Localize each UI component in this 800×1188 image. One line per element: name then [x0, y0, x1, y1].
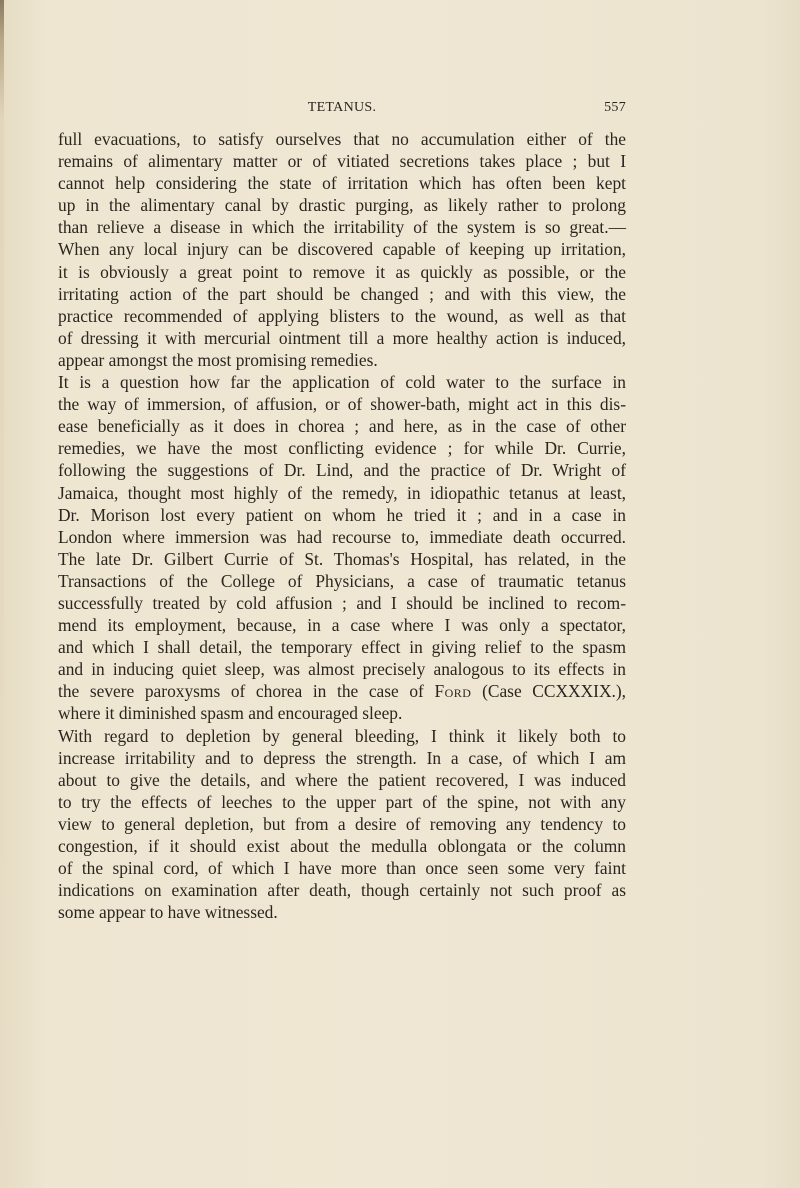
text-line: practice recommended of applying blister… [58, 305, 626, 327]
text-line: irritating action of the part should be … [58, 283, 626, 305]
text-line-ford: the severe paroxysms of chorea in the ca… [58, 680, 626, 702]
text-line: the way of immersion, of affusion, or of… [58, 393, 626, 415]
text-line: than relieve a disease in which the irri… [58, 216, 626, 238]
running-title: TETANUS. [58, 100, 626, 116]
text-fragment: the severe paroxysms of chorea in the ca… [58, 681, 434, 701]
text-line: London where immersion was had recourse … [58, 526, 626, 548]
text-line: The late Dr. Gilbert Currie of St. Thoma… [58, 548, 626, 570]
text-line: ease beneficially as it does in chorea ;… [58, 415, 626, 437]
text-line: mend its employment, because, in a case … [58, 614, 626, 636]
text-line: Transactions of the College of Physician… [58, 570, 626, 592]
text-line: cannot help considering the state of irr… [58, 172, 626, 194]
case-name-small-caps: Ford [434, 681, 471, 701]
text-line: indications on examination after death, … [58, 879, 626, 901]
text-line: remains of alimentary matter or of vitia… [58, 150, 626, 172]
text-line: With regard to depletion by general blee… [58, 725, 626, 747]
text-line: to try the effects of leeches to the upp… [58, 791, 626, 813]
page-binding-edge [0, 0, 4, 1188]
text-line: congestion, if it should exist about the… [58, 835, 626, 857]
text-line: and in inducing quiet sleep, was almost … [58, 658, 626, 680]
text-line: of dressing it with mercurial ointment t… [58, 327, 626, 349]
text-line: where it diminished spasm and encouraged… [58, 702, 626, 724]
text-line: up in the alimentary canal by drastic pu… [58, 194, 626, 216]
text-line: It is a question how far the application… [58, 371, 626, 393]
text-line: appear amongst the most promising remedi… [58, 349, 626, 371]
text-line: and which I shall detail, the temporary … [58, 636, 626, 658]
paragraph-2: It is a question how far the application… [58, 371, 626, 725]
book-page: TETANUS. 557 full evacuations, to satisf… [0, 0, 800, 1188]
text-line: view to general depletion, but from a de… [58, 813, 626, 835]
text-line: increase irritability and to depress the… [58, 747, 626, 769]
text-fragment: (Case CCXXXIX.), [471, 681, 626, 701]
text-line: remedies, we have the most conflicting e… [58, 437, 626, 459]
text-line: following the suggestions of Dr. Lind, a… [58, 459, 626, 481]
running-head: TETANUS. 557 [58, 100, 626, 120]
paragraph-1: full evacuations, to satisfy ourselves t… [58, 128, 626, 371]
text-line: When any local injury can be discovered … [58, 238, 626, 260]
text-line: about to give the details, and where the… [58, 769, 626, 791]
text-line: Dr. Morison lost every patient on whom h… [58, 504, 626, 526]
text-line: successfully treated by cold affusion ; … [58, 592, 626, 614]
text-line: full evacuations, to satisfy ourselves t… [58, 128, 626, 150]
text-line: Jamaica, thought most highly of the reme… [58, 482, 626, 504]
page-number: 557 [604, 100, 626, 116]
text-line: of the spinal cord, of which I have more… [58, 857, 626, 879]
text-line: it is obviously a great point to remove … [58, 261, 626, 283]
paragraph-3: With regard to depletion by general blee… [58, 725, 626, 924]
body-text: full evacuations, to satisfy ourselves t… [58, 128, 626, 923]
text-line: some appear to have witnessed. [58, 901, 626, 923]
